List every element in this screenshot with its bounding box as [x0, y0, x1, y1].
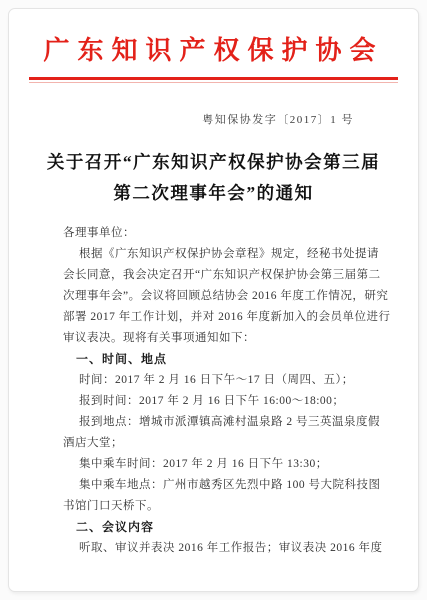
body-line: 酒店大堂； [63, 433, 365, 454]
body-line: 听取、审议并表决 2016 年工作报告；审议表决 2016 年度 [63, 538, 365, 559]
section2-heading: 二、会议内容 [63, 517, 365, 538]
section1-heading: 一、时间、地点 [63, 349, 365, 370]
document-title-line1: 关于召开“广东知识产权保护协会第三届 [9, 147, 418, 178]
body-line: 集中乘车时间：2017 年 2 月 16 日下午 13:30； [63, 454, 365, 475]
doc-number: 粤知保协发字〔2017〕1 号 [9, 113, 418, 127]
document-viewer-background: 广东知识产权保护协会 粤知保协发字〔2017〕1 号 关于召开“广东知识产权保护… [0, 0, 427, 600]
body-line: 报到地点：增城市派潭镇高滩村温泉路 2 号三英温泉度假 [63, 412, 365, 433]
section2-content: 听取、审议并表决 2016 年工作报告；审议表决 2016 年度 [63, 538, 365, 559]
section1-content: 时间：2017 年 2 月 16 日下午～17 日（周四、五）； 报到时间：20… [63, 370, 365, 517]
intro-paragraph: 根据《广东知识产权保护协会章程》规定，经秘书处提请 会长同意，我会决定召开“广东… [63, 244, 365, 349]
document-body: 各理事单位： 根据《广东知识产权保护协会章程》规定，经秘书处提请 会长同意，我会… [9, 223, 418, 559]
body-line: 会长同意，我会决定召开“广东知识产权保护协会第三届第二 [63, 265, 365, 286]
document-title-line2: 第二次理事年会”的通知 [9, 178, 418, 209]
salutation: 各理事单位： [63, 223, 365, 244]
header-double-rule [29, 77, 398, 83]
body-line: 书馆门口天桥下。 [63, 496, 365, 517]
body-line: 根据《广东知识产权保护协会章程》规定，经秘书处提请 [63, 244, 365, 265]
body-line: 集中乘车地点：广州市越秀区先烈中路 100 号大院科技图 [63, 475, 365, 496]
document-title: 关于召开“广东知识产权保护协会第三届 第二次理事年会”的通知 [9, 147, 418, 209]
document-page: 广东知识产权保护协会 粤知保协发字〔2017〕1 号 关于召开“广东知识产权保护… [8, 8, 419, 592]
body-line: 审议表决。现将有关事项通知如下： [63, 328, 365, 349]
org-name-header: 广东知识产权保护协会 [9, 31, 418, 71]
rule-thick-line [29, 77, 398, 80]
body-line: 部署 2017 年工作计划，并对 2016 年度新加入的会员单位进行 [63, 307, 365, 328]
body-line: 报到时间：2017 年 2 月 16 日下午 16:00～18:00； [63, 391, 365, 412]
rule-thin-line [29, 82, 398, 84]
body-line: 时间：2017 年 2 月 16 日下午～17 日（周四、五）； [63, 370, 365, 391]
body-line: 次理事年会”。会议将回顾总结协会 2016 年度工作情况，研究 [63, 286, 365, 307]
